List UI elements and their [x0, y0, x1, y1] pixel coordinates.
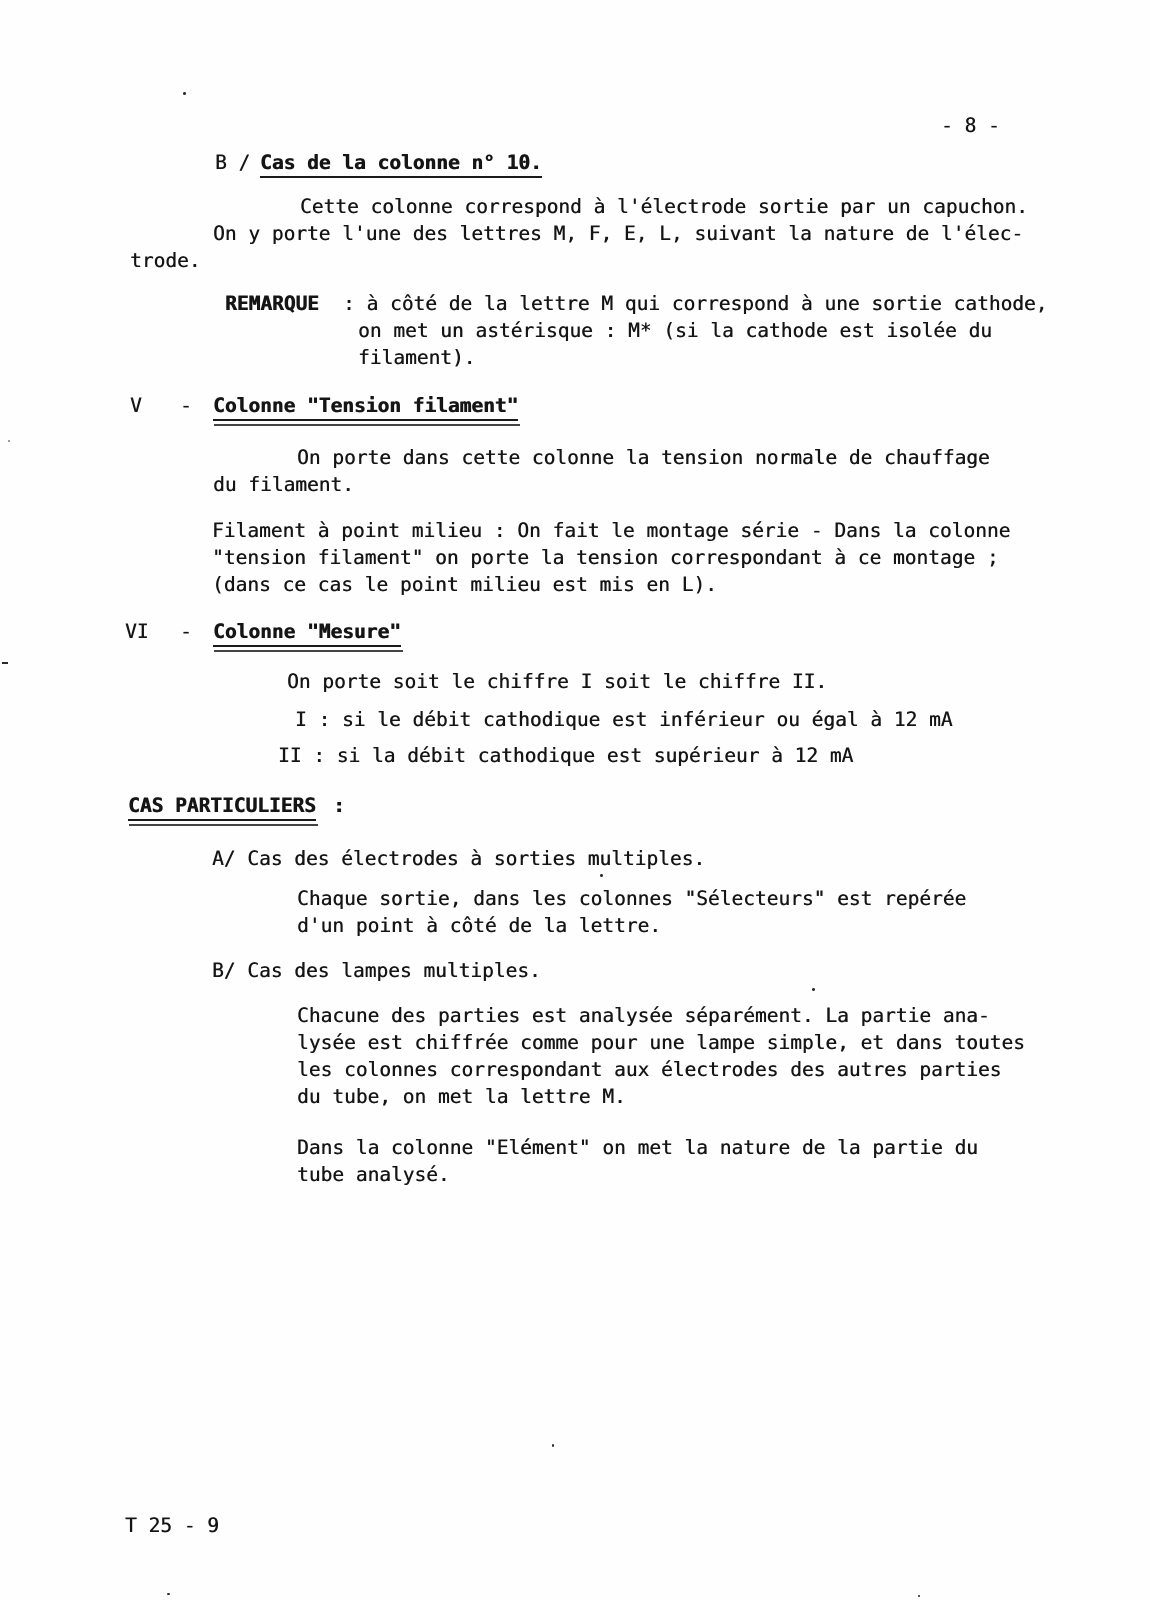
vi-line3: II : si la débit cathodique est supérieu…: [278, 745, 853, 767]
scan-speck: [812, 988, 815, 991]
b10-paragraph-line2: On y porte l'une des lettres M, F, E, L,…: [213, 223, 1023, 245]
b10-paragraph-line1: Cette colonne correspond à l'électrode s…: [300, 196, 1028, 218]
scan-speck: [167, 1593, 170, 1595]
section-v-title: Colonne "Tension filament": [213, 395, 518, 421]
cas-particuliers-title: CAS PARTICULIERS: [128, 795, 316, 821]
item-b-line1: Chacune des parties est analysée séparém…: [297, 1005, 990, 1027]
cas-particuliers-colon: :: [333, 795, 345, 817]
section-v-title-text: Colonne "Tension filament": [213, 395, 518, 421]
item-a-heading: A/ Cas des électrodes à sorties multiple…: [212, 848, 705, 870]
v-paragraph1-line2: du filament.: [213, 474, 354, 496]
section-vi-title: Colonne "Mesure": [213, 621, 401, 647]
item-b-line3: les colonnes correspondant aux électrode…: [297, 1059, 1001, 1081]
scan-speck: [600, 874, 603, 877]
v-paragraph1-line1: On porte dans cette colonne la tension n…: [297, 447, 990, 469]
cas-particuliers-title-text: CAS PARTICULIERS: [128, 795, 316, 821]
section-b10-title-text: Cas de la colonne n° 10.: [260, 152, 542, 178]
v-paragraph2-line2: "tension filament" on porte la tension c…: [212, 547, 999, 569]
remarque-label: REMARQUE: [225, 293, 319, 315]
section-b10-label: B /: [215, 152, 250, 174]
remarque-line2: on met un astérisque : M* (si la cathode…: [358, 320, 992, 342]
remarque-line3: filament).: [358, 347, 475, 369]
item-b-heading: B/ Cas des lampes multiples.: [212, 960, 541, 982]
scan-speck: [2, 662, 8, 664]
page-number: - 8 -: [941, 115, 1000, 137]
item-b-line4: du tube, on met la lettre M.: [297, 1086, 626, 1108]
scan-speck: [918, 1595, 920, 1597]
section-vi-title-text: Colonne "Mesure": [213, 621, 401, 647]
section-v-dash: -: [180, 395, 192, 417]
item-a-line2: d'un point à côté de la lettre.: [297, 915, 661, 937]
footer-reference: T 25 - 9: [125, 1515, 219, 1537]
vi-line1: On porte soit le chiffre I soit le chiff…: [287, 671, 827, 693]
item-b-line6: tube analysé.: [297, 1164, 450, 1186]
scan-speck: [8, 440, 10, 442]
section-vi-numeral: VI: [125, 621, 148, 643]
item-a-line1: Chaque sortie, dans les colonnes "Sélect…: [297, 888, 966, 910]
section-v-numeral: V: [130, 395, 142, 417]
v-paragraph2-line3: (dans ce cas le point milieu est mis en …: [212, 574, 717, 596]
scan-speck: [183, 92, 186, 95]
section-vi-dash: -: [180, 621, 192, 643]
item-b-line5: Dans la colonne "Elément" on met la natu…: [297, 1137, 978, 1159]
item-b-line2: lysée est chiffrée comme pour une lampe …: [297, 1032, 1025, 1054]
v-paragraph2-line1: Filament à point milieu : On fait le mon…: [212, 520, 1010, 542]
scan-speck: [552, 1444, 554, 1447]
document-page: - 8 - B / Cas de la colonne n° 10. Cette…: [0, 0, 1150, 1600]
b10-paragraph-line3: trode.: [130, 250, 200, 272]
section-b10-title: Cas de la colonne n° 10.: [260, 152, 542, 178]
vi-line2: I : si le débit cathodique est inférieur…: [295, 709, 952, 731]
remarque-line1: : à côté de la lettre M qui correspond à…: [343, 293, 1047, 315]
